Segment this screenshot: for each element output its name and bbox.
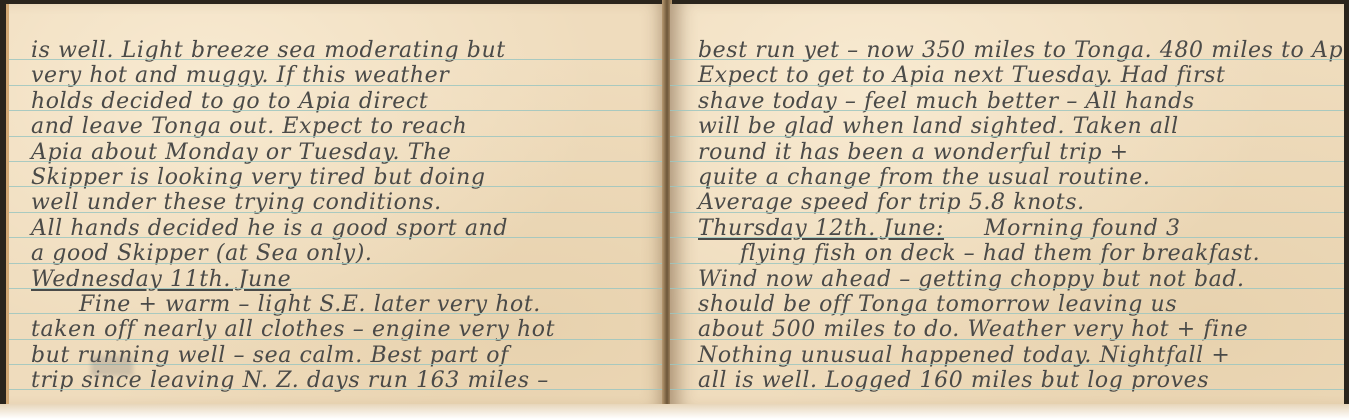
- ruling-line: [9, 389, 669, 390]
- ruling-line: [9, 85, 669, 86]
- ruling-line: [670, 85, 1344, 86]
- ruling-line: [670, 263, 1344, 264]
- ruling-line: [670, 313, 1344, 314]
- right-line-6: quite a change from the usual routine.: [670, 165, 1344, 190]
- ruling-line: [9, 237, 669, 238]
- left-line-12: taken off nearly all clothes – engine ve…: [9, 317, 669, 342]
- page-bottom-edge: [0, 404, 1349, 419]
- left-line-3: holds decided to go to Apia direct: [9, 89, 669, 114]
- right-line-7: Average speed for trip 5.8 knots.: [670, 190, 1344, 215]
- right-line-4: will be glad when land sighted. Taken al…: [670, 114, 1344, 139]
- right-line-2: Expect to get to Apia next Tuesday. Had …: [670, 63, 1344, 88]
- left-line-6: Skipper is looking very tired but doing: [9, 165, 669, 190]
- ruling-line: [9, 110, 669, 111]
- right-line-11: should be off Tonga tomorrow leaving us: [670, 292, 1344, 317]
- right-line-5: round it has been a wonderful trip +: [670, 140, 1344, 165]
- right-page: best run yet – now 350 miles to Tonga. 4…: [670, 4, 1344, 406]
- right-line-10: Wind now ahead – getting choppy but not …: [670, 267, 1344, 292]
- ruling-line: [9, 212, 669, 213]
- left-page: is well. Light breeze sea moderating but…: [6, 4, 669, 406]
- ruling-line: [670, 59, 1344, 60]
- left-line-7: well under these trying conditions.: [9, 190, 669, 215]
- ruling-line: [670, 339, 1344, 340]
- right-line-9: flying fish on deck – had them for break…: [670, 241, 1344, 266]
- ruling-line: [670, 161, 1344, 162]
- diary-spread: is well. Light breeze sea moderating but…: [0, 0, 1349, 419]
- date-heading-wednesday: Wednesday 11th. June: [9, 267, 669, 292]
- ruling-line: [9, 136, 669, 137]
- ruling-line: [9, 161, 669, 162]
- ruling-line: [670, 364, 1344, 365]
- ruling-line: [670, 110, 1344, 111]
- ruling-line: [9, 288, 669, 289]
- right-line-1: best run yet – now 350 miles to Tonga. 4…: [670, 38, 1344, 63]
- right-line-14: all is well. Logged 160 miles but log pr…: [670, 368, 1344, 393]
- left-line-9: a good Skipper (at Sea only).: [9, 241, 669, 266]
- ruling-line: [9, 339, 669, 340]
- ruling-line: [670, 389, 1344, 390]
- ruling-line: [670, 212, 1344, 213]
- ruling-line: [670, 186, 1344, 187]
- ruling-line: [9, 313, 669, 314]
- left-line-11: Fine + warm – light S.E. later very hot.: [9, 292, 669, 317]
- ruling-line: [670, 136, 1344, 137]
- left-line-4: and leave Tonga out. Expect to reach: [9, 114, 669, 139]
- left-line-1: is well. Light breeze sea moderating but: [9, 38, 669, 63]
- right-line-13: Nothing unusual happened today. Nightfal…: [670, 343, 1344, 368]
- ruling-line: [670, 237, 1344, 238]
- right-line-12: about 500 miles to do. Weather very hot …: [670, 317, 1344, 342]
- left-page-lines: is well. Light breeze sea moderating but…: [9, 38, 669, 393]
- right-line-3: shave today – feel much better – All han…: [670, 89, 1344, 114]
- smudge-mark: [91, 356, 133, 376]
- ruling-line: [9, 186, 669, 187]
- left-line-8: All hands decided he is a good sport and: [9, 216, 669, 241]
- left-line-2: very hot and muggy. If this weather: [9, 63, 669, 88]
- ruling-line: [9, 59, 669, 60]
- ruling-line: [670, 288, 1344, 289]
- right-page-lines: best run yet – now 350 miles to Tonga. 4…: [670, 38, 1344, 393]
- date-heading-thursday: Thursday 12th. June:Morning found 3: [670, 216, 1344, 241]
- ruling-line: [9, 263, 669, 264]
- left-line-5: Apia about Monday or Tuesday. The: [9, 140, 669, 165]
